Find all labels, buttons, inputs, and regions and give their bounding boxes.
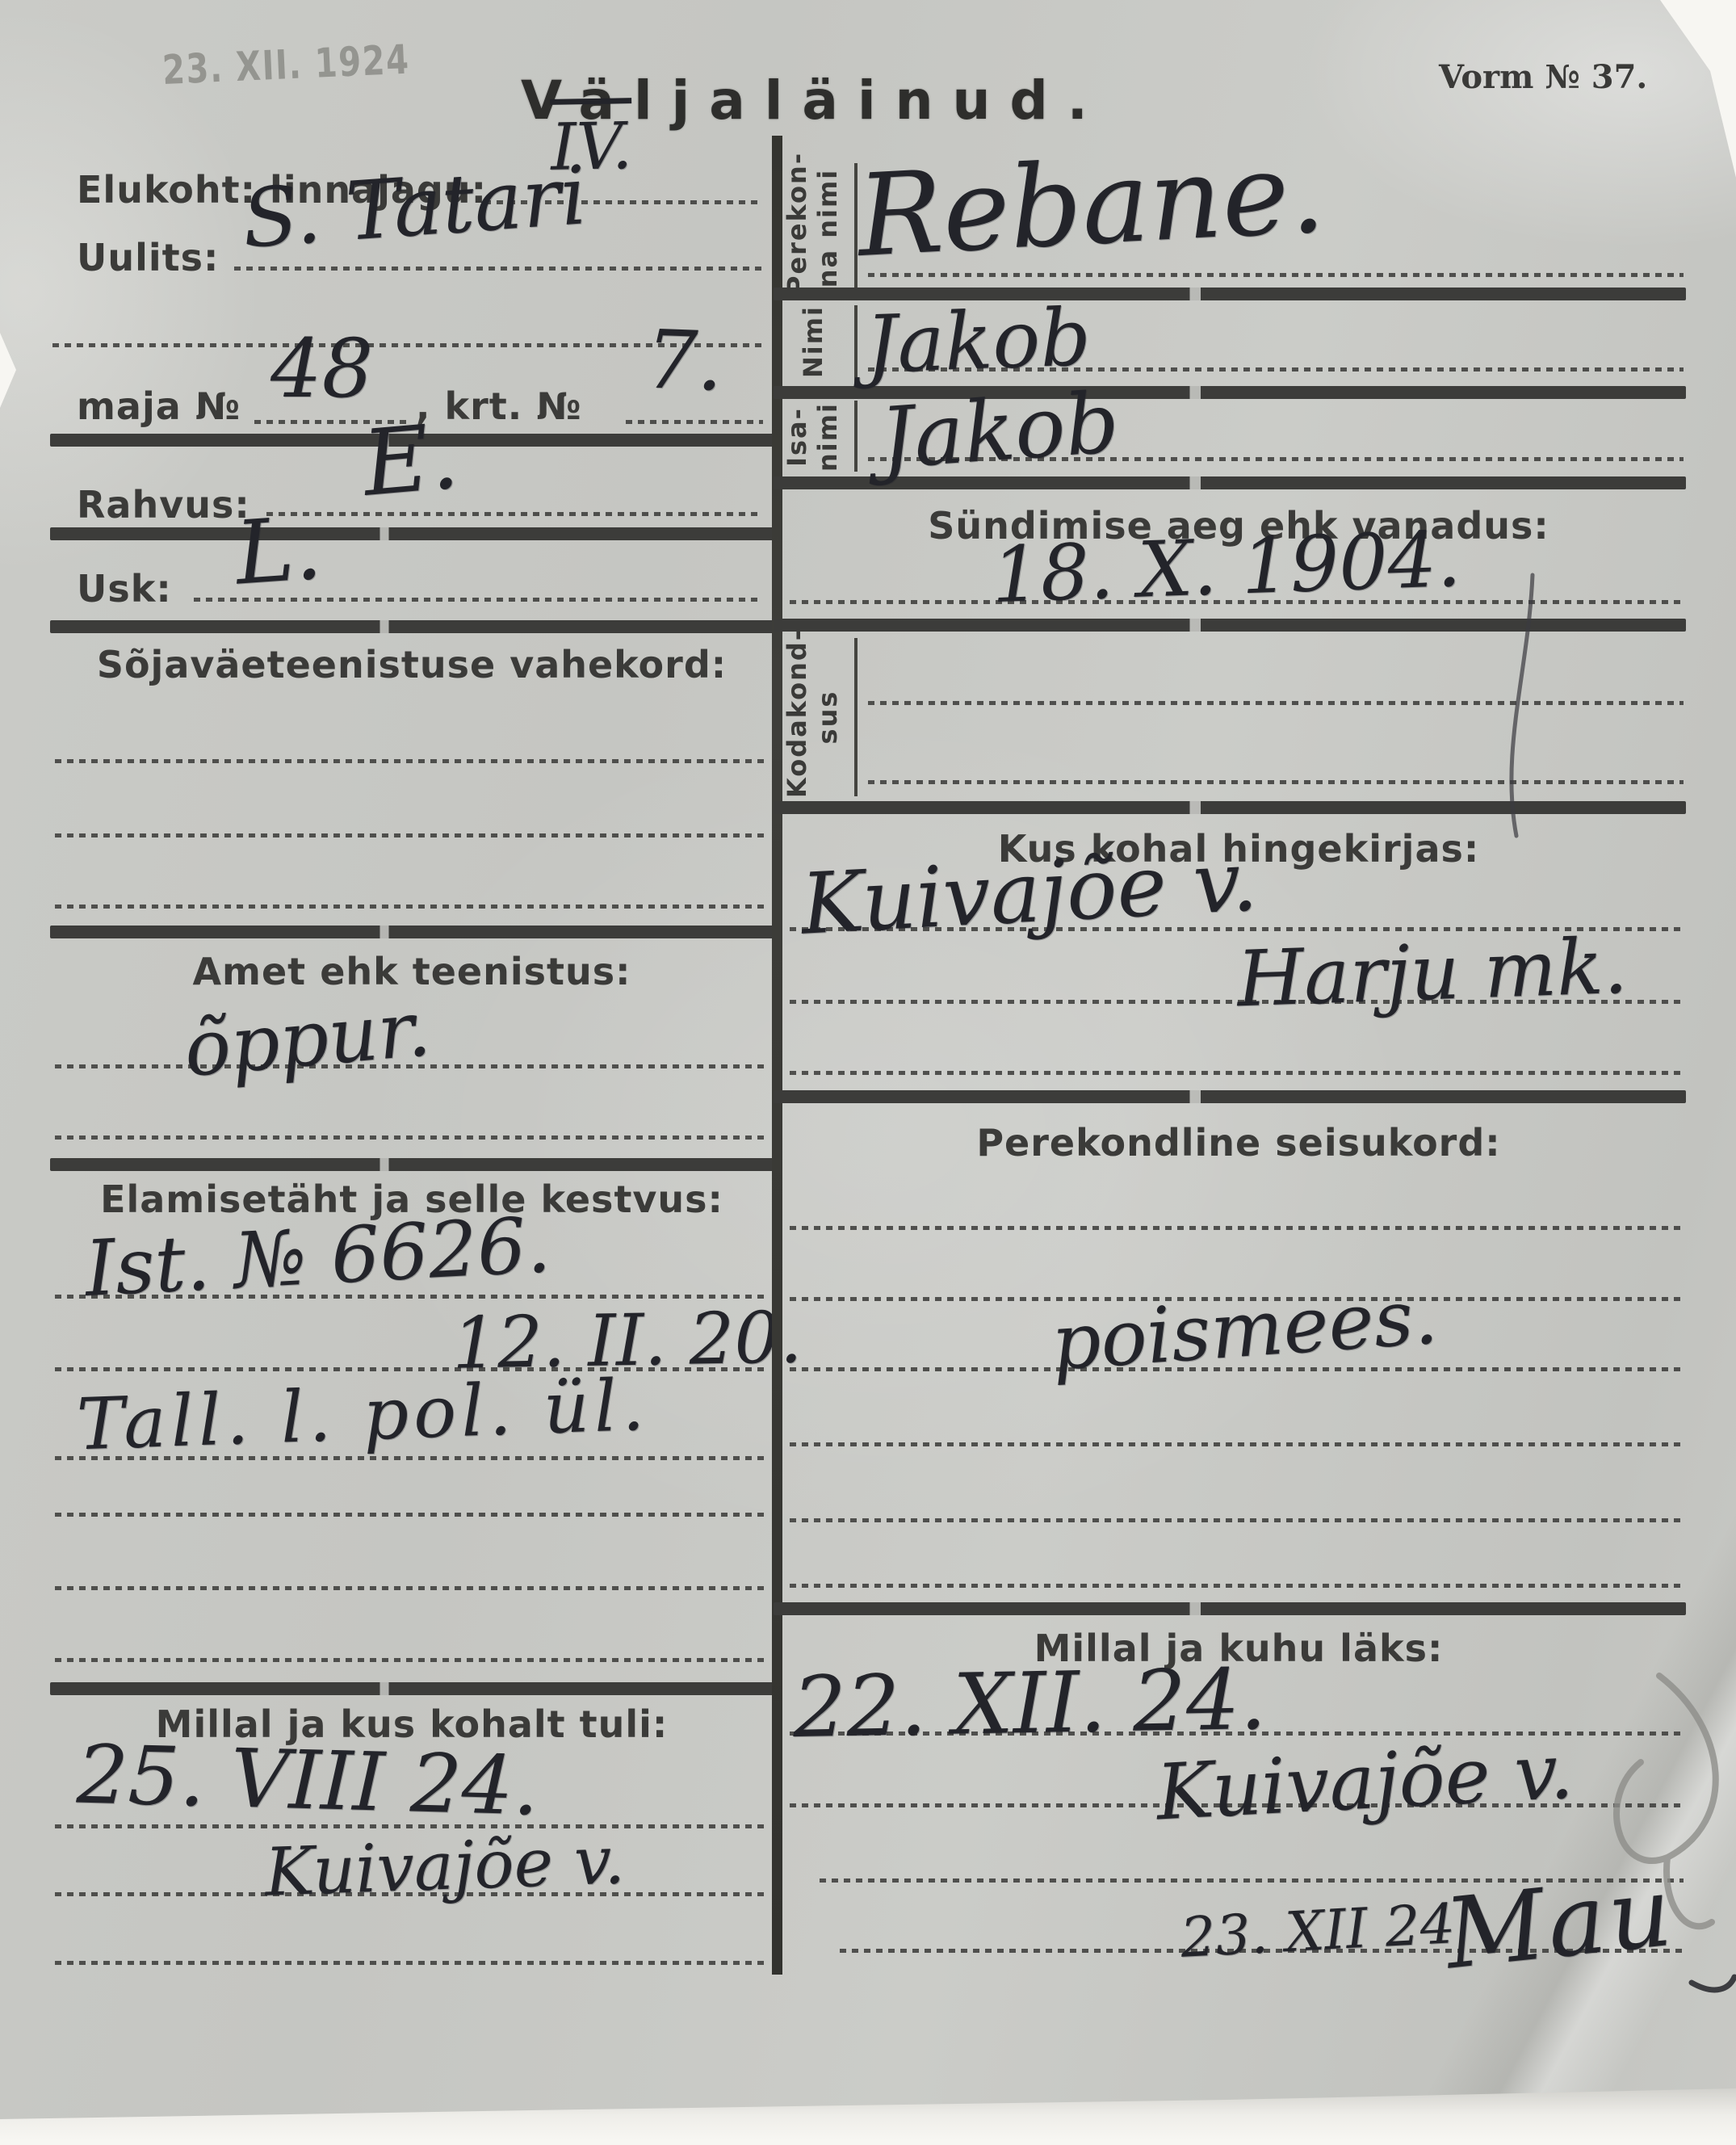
field-label-nimi: Nimi <box>798 304 828 380</box>
handwritten-hingekiri-county: Harju mk. <box>1235 922 1629 1025</box>
handwritten-tuli-place: Kuivajõe v. <box>263 1822 626 1911</box>
section-divider <box>50 527 774 540</box>
ruled-line <box>790 1442 1684 1446</box>
ruled-line <box>55 1135 765 1140</box>
section-divider <box>774 619 1686 632</box>
section-divider <box>774 1090 1686 1103</box>
handwritten-usk: L. <box>233 497 325 604</box>
field-label-rahvus: Rahvus: <box>77 486 250 523</box>
ruled-line <box>55 1658 765 1662</box>
ruled-line <box>55 1586 765 1590</box>
handwritten-surname: Rebane. <box>854 127 1328 283</box>
section-heading-sojavae: Sõjaväeteenistuse vahekord: <box>48 646 775 683</box>
handwritten-uulits: S. Tatari <box>239 148 589 266</box>
handwritten-exit-date: 23. XII 24 <box>1179 1892 1457 1971</box>
paper-sheet: 23. XII. 1924 Väljaläinud. Vorm № 37. El… <box>0 0 1736 2132</box>
official-signature: Mau <box>1440 1856 1680 1992</box>
handwritten-maja-nr: 48 <box>270 321 373 416</box>
ink-stroke <box>1512 575 1533 836</box>
field-label-isanimi: Isa- nimi <box>782 399 844 475</box>
signature-flourish <box>1692 1977 1734 1990</box>
section-heading-amet: Amet ehk teenistus: <box>48 953 775 990</box>
handwritten-krt-nr: 7. <box>644 312 724 409</box>
section-divider <box>50 1158 774 1171</box>
section-divider <box>50 1682 774 1695</box>
ruled-line <box>55 905 765 909</box>
ruled-line <box>234 267 763 271</box>
section-divider <box>774 801 1686 814</box>
handwritten-patronymic: Jakob <box>877 373 1122 488</box>
date-stamp: 23. XII. 1924 <box>161 40 411 90</box>
handwritten-laks-date: 22. XII. 24. <box>792 1650 1267 1757</box>
field-label-maja: maja № <box>77 388 241 425</box>
ruled-line <box>55 759 765 763</box>
handwritten-amet: õppur. <box>181 984 434 1094</box>
field-label-usk: Usk: <box>77 570 172 607</box>
ruled-line <box>55 833 765 837</box>
ruled-line <box>790 1226 1684 1230</box>
ruled-line <box>868 780 1684 784</box>
ruled-line <box>626 420 763 424</box>
scanned-form: 23. XII. 1924 Väljaläinud. Vorm № 37. El… <box>0 0 1736 2145</box>
field-label-kodakondsus: Kodakond- sus <box>782 636 844 798</box>
ruled-line <box>55 1961 765 1965</box>
ruled-line <box>55 1513 765 1517</box>
handwritten-rahvus: E. <box>359 404 463 517</box>
section-heading-seisukord: Perekondline seisukord: <box>790 1124 1688 1161</box>
section-divider <box>50 926 774 938</box>
label-rule <box>854 638 858 796</box>
handwritten-tuli-date: 25. VIII 24. <box>76 1727 540 1834</box>
label-rule <box>854 305 858 384</box>
ruled-line <box>790 1584 1684 1588</box>
ruled-line <box>790 1518 1684 1522</box>
section-divider <box>50 620 774 633</box>
field-label-uulits: Uulits: <box>77 239 219 276</box>
field-label-perekonnanimi: Perekon- na nimi <box>782 162 844 295</box>
ruled-line <box>868 701 1684 705</box>
handwritten-birth-date: 18. X. 1904. <box>990 515 1462 620</box>
ruled-line <box>790 1071 1684 1075</box>
form-number: Vorm № 37. <box>1439 61 1647 94</box>
handwritten-elamisetaht-3: Tall. l. pol. ül. <box>75 1363 650 1467</box>
label-rule <box>854 401 858 472</box>
ruled-line <box>266 512 763 516</box>
section-divider <box>774 1602 1686 1615</box>
